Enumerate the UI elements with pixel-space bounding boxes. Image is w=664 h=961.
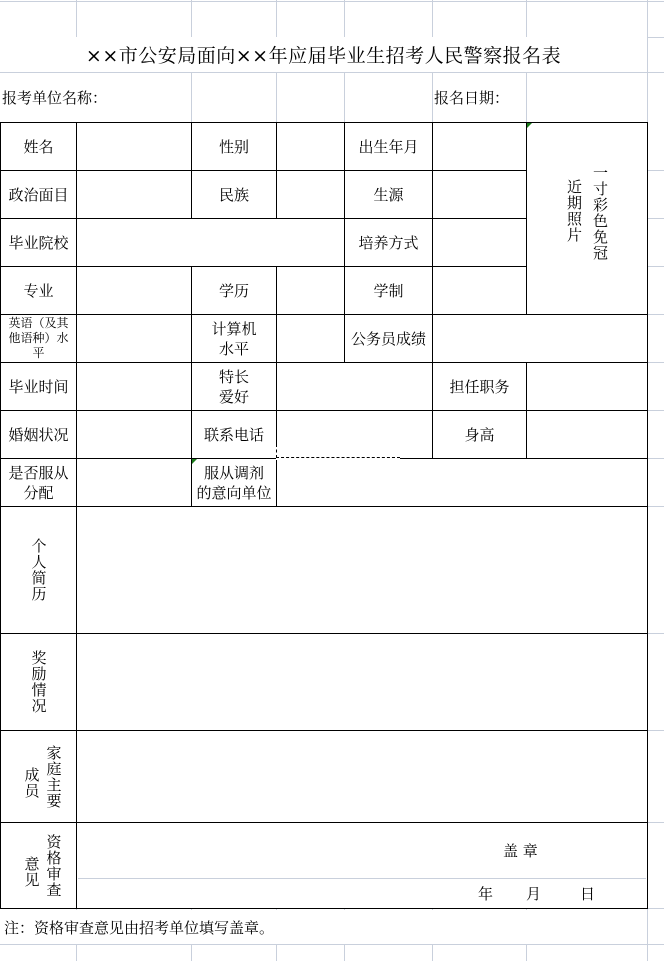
input-review[interactable] [76,822,648,909]
input-resume[interactable] [76,506,648,634]
input-birth[interactable] [432,122,527,171]
label-major: 专业 [0,266,77,315]
label-height: 身高 [432,410,527,459]
seal-label: 盖 章 [503,838,538,862]
day-label: 日 [580,881,595,905]
label-marital: 婚姻状况 [0,410,77,459]
input-source[interactable] [432,170,527,219]
label-review-right: 资格审查 [43,834,65,898]
input-ethnicity[interactable] [276,170,345,219]
date-label: 报名日期： [434,73,524,122]
label-computer-line2: 水平 [219,339,249,359]
input-awards[interactable] [76,633,648,731]
label-obey: 是否服从 分配 [0,458,77,507]
label-birth: 出生年月 [344,122,433,171]
label-name: 姓名 [0,122,77,171]
photo-note-left: 近期照片 [563,179,585,243]
selection-dash [276,444,277,458]
input-major[interactable] [76,266,192,315]
label-family-right: 家庭主要 [43,745,65,809]
input-position[interactable] [526,362,648,411]
gridline [0,944,664,945]
label-position: 担任职务 [432,362,527,411]
label-grad-time: 毕业时间 [0,362,77,411]
label-hobby-line2: 爱好 [219,387,249,407]
label-computer: 计算机 水平 [191,314,277,363]
label-hobby-line1: 特长 [219,367,249,387]
input-english[interactable] [76,314,192,363]
label-duration: 学制 [344,266,433,315]
input-education[interactable] [276,266,345,315]
year-label: 年 [478,881,493,905]
input-marital[interactable] [76,410,192,459]
label-computer-line1: 计算机 [211,319,256,339]
input-family[interactable] [76,730,648,823]
label-obey-line1: 是否服从 [8,463,68,483]
input-adjust[interactable] [276,458,648,507]
inner-gridline [78,878,646,879]
label-awards: 奖励情况 [0,633,77,731]
label-ethnicity: 民族 [191,170,277,219]
label-education: 学历 [191,266,277,315]
input-grad-time[interactable] [76,362,192,411]
footnote: 注：资格审查意见由招考单位填写盖章。 [4,910,644,944]
label-source: 生源 [344,170,433,219]
label-obey-line2: 分配 [23,483,53,503]
input-training-mode[interactable] [432,218,527,267]
gridline [0,1,664,2]
label-review-left: 意见 [21,856,43,888]
input-school[interactable] [76,218,345,267]
label-resume-text: 个人简历 [28,538,50,602]
comment-marker [527,123,532,128]
label-political: 政治面目 [0,170,77,219]
label-english: 英语（及其他语种）水平 [0,314,77,363]
unit-label: 报考单位名称： [2,73,190,122]
input-name[interactable] [76,122,192,171]
input-height[interactable] [526,410,648,459]
input-gender[interactable] [276,122,345,171]
input-obey[interactable] [76,458,192,507]
label-resume: 个人简历 [0,506,77,634]
label-adjust-line1: 服从调剂 [204,463,264,483]
comment-marker [192,459,197,464]
form-title: ××市公安局面向××年应届毕业生招考人民警察报名表 [0,37,647,72]
label-review: 资格审查 意见 [0,822,77,909]
label-hobby: 特长 爱好 [191,362,277,411]
input-computer[interactable] [276,314,345,363]
label-awards-text: 奖励情况 [28,650,50,714]
label-family: 家庭主要 成员 [0,730,77,823]
photo-box[interactable]: 一寸彩色免冠 近期照片 [526,122,648,315]
label-school: 毕业院校 [0,218,77,267]
input-political[interactable] [76,170,192,219]
input-civil-score[interactable] [432,314,648,363]
input-duration[interactable] [432,266,527,315]
label-adjust: 服从调剂 的意向单位 [191,458,277,507]
month-label: 月 [526,881,541,905]
input-hobby[interactable] [276,362,433,411]
label-phone: 联系电话 [191,410,277,459]
photo-note-right: 一寸彩色免冠 [589,165,611,261]
label-adjust-line2: 的意向单位 [196,483,271,503]
label-family-left: 成员 [21,767,43,799]
selection-dash [276,457,400,458]
label-training-mode: 培养方式 [344,218,433,267]
label-civil-score: 公务员成绩 [344,314,433,363]
label-gender: 性别 [191,122,277,171]
